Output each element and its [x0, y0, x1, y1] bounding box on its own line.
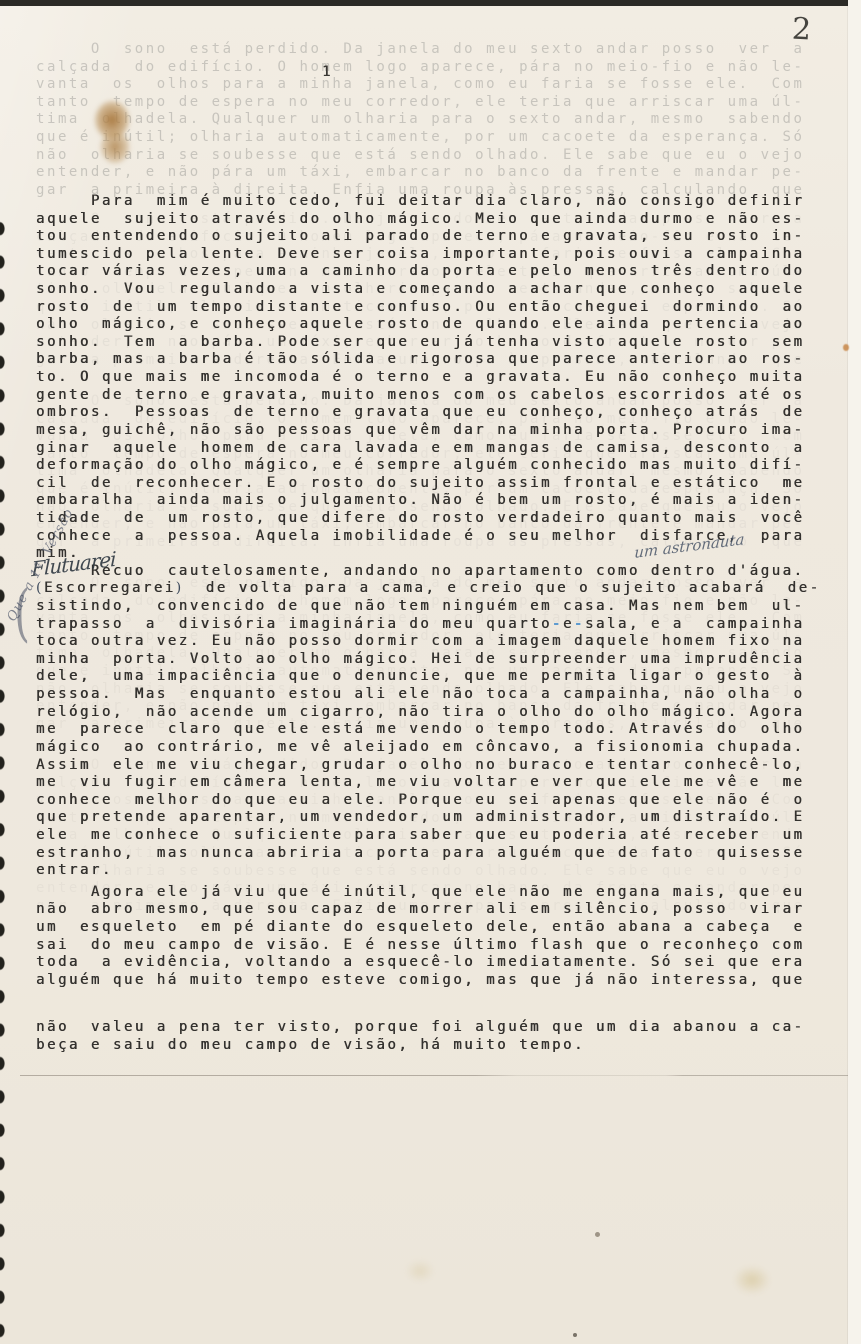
text-line: Recuo cautelosamente, andando no apartam…	[36, 563, 848, 581]
stain-bottom-center	[406, 1260, 434, 1282]
speck-bottom	[573, 1333, 577, 1337]
text-line: mágico ao contrário, me vê aleijado em c…	[36, 739, 848, 757]
text-line: me parece claro que ele está me vendo o …	[36, 721, 848, 739]
text-line: beça e saiu do meu campo de visão, há mu…	[36, 1037, 848, 1055]
handwritten-ink-segment: -	[552, 616, 563, 632]
text-line: sistindo, convencido de que não tem ning…	[36, 598, 848, 616]
text-line: que pretende aparentar, um vendedor, um …	[36, 809, 848, 827]
typed-segment: Escorregarei	[44, 580, 176, 596]
paragraph-2: Recuo cautelosamente, andando no apartam…	[36, 563, 848, 880]
text-line: Agora ele já viu que é inútil, que ele n…	[36, 884, 848, 902]
typed-segment: de volta para a cama, e creio que o suje…	[184, 580, 821, 596]
text-line: toca outra vez. Eu não posso dormir com …	[36, 633, 848, 651]
text-line: dele, uma impaciência que o denuncie, qu…	[36, 668, 848, 686]
text-line: mesa, guichê, não são pessoas que vêm da…	[36, 422, 848, 440]
text-line: (Escorregarei) de volta para a cama, e c…	[36, 580, 848, 598]
typed-segment: sala, e a campainha	[585, 616, 805, 632]
typed-segment: trapasso a divisória imaginária do meu q…	[36, 616, 552, 632]
text-line: ombros. Pessoas de terno e gravata que e…	[36, 404, 848, 422]
text-line: deformação do olho mágico, e é sempre al…	[36, 457, 848, 475]
text-line: tima olhadela. Qualquer um olharia para …	[36, 110, 848, 128]
text-line: me viu fugir em câmera lenta, me viu vol…	[36, 774, 848, 792]
text-line: tou entendendo o sujeito ali parado de t…	[36, 228, 848, 246]
text-line: rosto de um tempo distante e confuso. Ou…	[36, 299, 848, 317]
stain-bottom-right	[734, 1266, 770, 1294]
paragraph-1: Para mim é muito cedo, fui deitar dia cl…	[36, 193, 848, 563]
text-line: não valeu a pena ter visto, porque foi a…	[36, 1019, 848, 1037]
paragraph-3: Agora ele já viu que é inútil, que ele n…	[36, 884, 848, 990]
text-line: vanta os olhos para a minha janela, como…	[36, 75, 848, 93]
typed-page-number: 1	[322, 64, 333, 82]
text-line: não olharia se soubesse que está sendo o…	[36, 146, 848, 164]
scan-edge-top	[0, 0, 861, 6]
text-line: pessoa. Mas enquanto estou ali ele não t…	[36, 686, 848, 704]
text-line: minha porta. Volto ao olho mágico. Hei d…	[36, 651, 848, 669]
text-line: sai do meu campo de visão. E é nesse últ…	[36, 937, 848, 955]
fold-crease-line	[20, 1075, 848, 1076]
text-line: sonho. Tem a barba. Pode ser que eu já t…	[36, 334, 848, 352]
text-line: toda a evidência, voltando a esquecê-lo …	[36, 954, 848, 972]
text-line: aquele sujeito através do olho mágico. M…	[36, 211, 848, 229]
text-line: Para mim é muito cedo, fui deitar dia cl…	[36, 193, 848, 211]
text-line: entender, e não pára um táxi, embarcar n…	[36, 163, 848, 181]
text-line: O sono está perdido. Da janela do meu se…	[36, 40, 848, 58]
text-line: gente de terno e gravata, muito menos co…	[36, 387, 848, 405]
text-line: olho mágico, e conheço aquele rosto de q…	[36, 316, 848, 334]
paragraph-4: não valeu a pena ter visto, porque foi a…	[36, 1019, 848, 1054]
stain-brown-top	[94, 100, 130, 140]
ghost-bleedthrough-text: O sono está perdido. Da janela do meu se…	[36, 40, 848, 198]
text-line: sonho. Vou regulando a vista e começando…	[36, 281, 848, 299]
stain-brown-top	[100, 130, 130, 164]
typed-segment: e	[563, 616, 574, 632]
text-line: tanto tempo de espera no meu corredor, e…	[36, 93, 848, 111]
text-line: relógio, não acende um cigarro, não tira…	[36, 704, 848, 722]
text-line: ginar aquele homem de cara lavada e em m…	[36, 440, 848, 458]
text-line: calçada do edifício. O homem logo aparec…	[36, 58, 848, 76]
text-line: um esqueleto em pé diante do esqueleto d…	[36, 919, 848, 937]
margin-paren-handwriting: (	[14, 576, 30, 649]
text-line: tidade de um rosto, que difere do rosto …	[36, 510, 848, 528]
text-line: Assim ele me viu chegar, grudar o olho n…	[36, 757, 848, 775]
text-line: entrar.	[36, 862, 848, 880]
page-right-edge	[847, 0, 861, 1344]
text-line: alguém que há muito tempo esteve comigo,…	[36, 972, 848, 990]
text-line: tumescido pela lente. Deve ser coisa imp…	[36, 246, 848, 264]
text-line: conhece melhor do que eu a ele. Porque e…	[36, 792, 848, 810]
binding-holes	[0, 212, 12, 1344]
text-line: to. O que mais me incomoda é o terno e a…	[36, 369, 848, 387]
handwritten-page-number: 2	[791, 12, 812, 48]
stain-small-dot	[595, 1232, 600, 1237]
text-line: não abro mesmo, que sou capaz de morrer …	[36, 901, 848, 919]
text-line: ele me conhece o suficiente para saber q…	[36, 827, 848, 845]
handwritten-ink-segment: )	[176, 580, 184, 596]
scanned-manuscript-page: O sono está perdido. Da janela do meu se…	[0, 0, 861, 1344]
text-line: que é inútil; olharia automaticamente, p…	[36, 128, 848, 146]
typescript-body: Para mim é muito cedo, fui deitar dia cl…	[36, 193, 848, 1055]
text-line: estranho, mas nunca abriria a porta para…	[36, 845, 848, 863]
text-line: tocar várias vezes, uma a caminho da por…	[36, 263, 848, 281]
text-line: barba, mas a barba é tão sólida e rigoro…	[36, 351, 848, 369]
text-line: embaralha ainda mais o julgamento. Não é…	[36, 492, 848, 510]
text-line: cil de reconhecer. E o rosto do sujeito …	[36, 475, 848, 493]
text-line: trapasso a divisória imaginária do meu q…	[36, 616, 848, 634]
handwritten-ink-segment: -	[574, 616, 585, 632]
